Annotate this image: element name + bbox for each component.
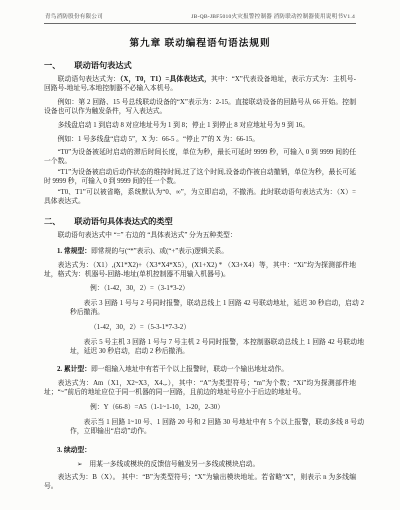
item3-expression: 表达式为：B（X）。 其中：“B”为类型符号；“X”为输出模块地址。若省略“X”…: [44, 473, 356, 491]
item2-expression: 表达式为：Am（X1，X2~X3，X4.,.），其中：“A”为类型符号；“m”为…: [44, 379, 356, 397]
section1-heading: 一、联动语句表达式: [44, 60, 356, 71]
paragraph-example-panel: 例如：1 号多线盘“启动 5”，X 为：66-5 。“停止 7”的 X 为：66…: [44, 135, 356, 144]
section2-heading: 二、联动语句具体表达式的类型: [44, 216, 356, 227]
item1-example2-formula: （1-42，30，2）=（5-3-1*7-3-2）: [90, 323, 356, 332]
item3-bullet-text: 用某一多线或模块的反馈信号触发另一多线或模块启动。: [89, 461, 259, 468]
paragraph-t0t1-omit: “T0、T1”可以被省略，系统默认为“0、∞”，为立即启动，不撤消。此时联动语句…: [44, 188, 356, 206]
section2-title: 联动语句具体表达式的类型: [74, 217, 172, 226]
page-header: 青鸟消防股份有限公司 JB-QB-JBF5010火灾报警控制器 消防联动控制器使…: [44, 12, 356, 23]
item3-bullet-line: ➢用某一多线或模块的反馈信号触发另一多线或模块启动。: [77, 460, 356, 469]
item1-example1-formula: 例：（1-42，30，2）=（3-1*3-2）: [90, 284, 356, 293]
text-run-bold: （X，T0，T1）=具体表达式，: [120, 76, 211, 83]
item2-example-description: 表示当 1 回路 1~10 号、1 回路 20 号和 2 回路 30 号地址中有…: [70, 418, 364, 436]
section2-number: 二、: [44, 217, 60, 226]
item1-example1-description: 表示 3 回路 1 号与 2 号同时报警，联动总线上 1 回路 42 号联动地址…: [70, 299, 364, 317]
item1-heading: 1. 常规型：即常规的与(“*”表示)、或(“+”表示)逻辑关系。: [57, 247, 356, 256]
section1-title: 联动语句表达式: [74, 61, 131, 70]
item3-number: 3.: [57, 447, 62, 454]
item1-text: 即常规的与(“*”表示)、或(“+”表示)逻辑关系。: [91, 248, 228, 255]
item1-number: 1.: [57, 248, 62, 255]
document-page: 青鸟消防股份有限公司 JB-QB-JBF5010火灾报警控制器 消防联动控制器使…: [0, 0, 400, 510]
paragraph-t1: “T1”为设备被启动后动作状态的维持时间,过了这个时间,设备动作被自动撤销，单位…: [44, 168, 356, 186]
item3-label: 续动型：: [64, 447, 91, 454]
paragraph-t0: “T0”为设备被延时启动的滞后时间长度，单位为秒，最长可延时 9999 秒，可输…: [44, 148, 356, 166]
item2-label: 累计型：: [64, 366, 91, 373]
item1-expression: 表达式为：（X1）,(X1*X2)+（X3*X4*X5），(X1+X2) * （…: [44, 261, 356, 279]
item1-label: 常规型：: [64, 248, 91, 255]
item2-heading: 2. 累计型：即一组输入地址中有若干个以上报警时，联动一个输出地址动作。: [57, 365, 356, 374]
header-divider: [44, 23, 356, 24]
arrow-bullet-icon: ➢: [77, 461, 82, 468]
paragraph-expression-definition: 联动语句表达式为：（X，T0，T1）=具体表达式，其中：“X”代表设备地址，表示…: [44, 75, 356, 93]
item1-example2-description: 表示 5 号主机 3 回路 1 号与 7 号主机 2 号同时报警，本控制器联动总…: [70, 338, 364, 356]
text-run: 联动语句表达式为：: [58, 76, 120, 83]
paragraph-types-intro: 联动语句表达式中 “=” 右边的 “具体表达式” 分为五种类型：: [44, 231, 356, 240]
item2-example-formula: 例：Y（66-8）=A5（1-1~1-10，1-20，2-30）: [90, 403, 356, 412]
paragraph-example-x: 例如：第 2 回路、15 号总线联动设备的“X”表示为：2-15。直接联动设备的…: [44, 98, 356, 116]
chapter-title: 第九章 联动编程语句语法规则: [44, 35, 356, 49]
paragraph-multiline-panel: 多线盘启动 1 到启动 8 对应地址号为 1 到 8；停止 1 到停止 8 对应…: [44, 121, 356, 130]
header-doc-title: JB-QB-JBF5010火灾报警控制器 消防联动控制器使用说明书V1.4: [191, 12, 355, 20]
header-company: 青鸟消防股份有限公司: [45, 12, 103, 20]
section1-number: 一、: [44, 61, 60, 70]
item3-heading: 3. 续动型：: [57, 446, 356, 455]
item2-text: 即一组输入地址中有若干个以上报警时，联动一个输出地址动作。: [91, 366, 288, 373]
item2-number: 2.: [57, 366, 62, 373]
